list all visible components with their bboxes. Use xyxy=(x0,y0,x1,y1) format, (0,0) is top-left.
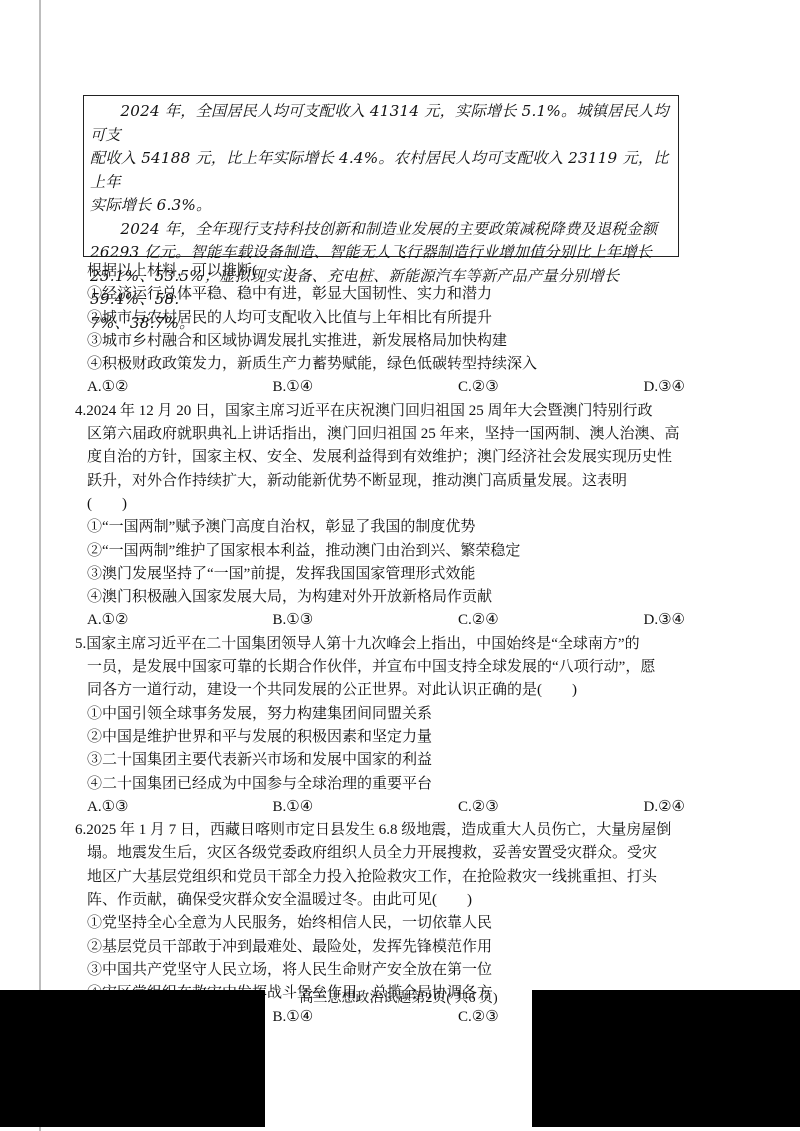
binding-margin-line xyxy=(39,0,41,1131)
question-stem: 4.2024 年 12 月 20 日，国家主席习近平在庆祝澳门回归祖国 25 周… xyxy=(75,400,685,423)
material-box: 2024 年，全国居民人均可支配收入 41314 元，实际增长 5.1%。城镇居… xyxy=(83,95,679,257)
statement-1: ①中国引领全球事务发展，努力构建集团间同盟关系 xyxy=(75,703,685,726)
option-b[interactable]: B.①④ xyxy=(273,376,459,399)
option-d[interactable]: D.③④ xyxy=(644,609,685,632)
statement-1: ①党坚持全心全意为人民服务，始终相信人民，一切依靠人民 xyxy=(75,912,685,935)
statement-2: ②中国是维护世界和平与发展的积极因素和坚定力量 xyxy=(75,726,685,749)
question-stem: 塌。地震发生后，灾区各级党委政府组织人员全力开展搜救，妥善安置受灾群众。受灾 xyxy=(75,842,685,865)
question-stem: ( ) xyxy=(75,493,685,516)
question-stem: 地区广大基层党组织和党员干部全力投入抢险救灾工作，在抢险救灾一线挑重担、打头 xyxy=(75,866,685,889)
question-stem: 6.2025 年 1 月 7 日，西藏日喀则市定日县发生 6.8 级地震，造成重… xyxy=(75,819,685,842)
question-3: 根据以上材料，可以推断( ) ①经济运行总体平稳、稳中有进，彰显大国韧性、实力和… xyxy=(75,260,685,400)
statement-3: ③澳门发展坚持了“一国”前提，发挥我国国家管理形式效能 xyxy=(75,563,685,586)
answer-options: A.①② B.①④ C.②③ D.③④ xyxy=(75,376,685,399)
question-5: 5.国家主席习近平在二十国集团领导人第十九次峰会上指出，中国始终是“全球南方”的… xyxy=(75,633,685,819)
statement-3: ③中国共产党坚守人民立场，将人民生命财产安全放在第一位 xyxy=(75,959,685,982)
statement-3: ③二十国集团主要代表新兴市场和发展中国家的利益 xyxy=(75,749,685,772)
option-c[interactable]: C.②③ xyxy=(458,796,644,819)
redaction-block-left xyxy=(0,990,265,1127)
option-b[interactable]: B.①④ xyxy=(273,796,459,819)
statement-1: ①“一国两制”赋予澳门高度自治权，彰显了我国的制度优势 xyxy=(75,516,685,539)
option-d[interactable]: D.②④ xyxy=(644,796,685,819)
option-a[interactable]: A.①② xyxy=(87,376,273,399)
answer-options: A.①③ B.①④ C.②③ D.②④ xyxy=(75,796,685,819)
statement-1: ①经济运行总体平稳、稳中有进，彰显大国韧性、实力和潜力 xyxy=(75,283,685,306)
answer-options: A.①② B.①③ C.②④ D.③④ xyxy=(75,609,685,632)
material-line: 配收入 54188 元，比上年实际增长 4.4%。农村居民人均可支配收入 231… xyxy=(90,147,672,194)
option-c[interactable]: C.②③ xyxy=(458,376,644,399)
question-stem: 同各方一道行动，建设一个共同发展的公正世界。对此认识正确的是( ) xyxy=(75,679,685,702)
question-4: 4.2024 年 12 月 20 日，国家主席习近平在庆祝澳门回归祖国 25 周… xyxy=(75,400,685,633)
statement-2: ②城市与农村居民的人均可支配收入比值与上年相比有所提升 xyxy=(75,307,685,330)
option-b[interactable]: B.①③ xyxy=(273,609,459,632)
statement-2: ②“一国两制”维护了国家根本利益，推动澳门由治到兴、繁荣稳定 xyxy=(75,540,685,563)
exam-page: 2024 年，全国居民人均可支配收入 41314 元，实际增长 5.1%。城镇居… xyxy=(0,0,800,1131)
option-a[interactable]: A.①③ xyxy=(87,796,273,819)
questions-area: 根据以上材料，可以推断( ) ①经济运行总体平稳、稳中有进，彰显大国韧性、实力和… xyxy=(75,260,685,1029)
statement-4: ④澳门积极融入国家发展大局，为构建对外开放新格局作贡献 xyxy=(75,586,685,609)
option-b[interactable]: B.①④ xyxy=(273,1006,459,1029)
question-stem: 阵、作贡献，确保受灾群众安全温暖过冬。由此可见( ) xyxy=(75,889,685,912)
option-c[interactable]: C.②④ xyxy=(458,609,644,632)
question-stem: 一员，是发展中国家可靠的长期合作伙伴，并宣布中国支持全球发展的“八项行动”，愿 xyxy=(75,656,685,679)
option-d[interactable]: D.③④ xyxy=(644,376,685,399)
question-stem: 5.国家主席习近平在二十国集团领导人第十九次峰会上指出，中国始终是“全球南方”的 xyxy=(75,633,685,656)
redaction-block-right xyxy=(532,990,800,1127)
material-line: 2024 年，全年现行支持科技创新和制造业发展的主要政策减税降费及退税金额 xyxy=(90,218,672,242)
option-a[interactable]: A.①② xyxy=(87,609,273,632)
statement-4: ④二十国集团已经成为中国参与全球治理的重要平台 xyxy=(75,773,685,796)
statement-4: ④积极财政政策发力，新质生产力蓄势赋能，绿色低碳转型持续深入 xyxy=(75,353,685,376)
statement-2: ②基层党员干部敢于冲到最难处、最险处，发挥先锋模范作用 xyxy=(75,936,685,959)
material-line: 实际增长 6.3%。 xyxy=(90,194,672,218)
question-stem: 跃升，对外合作持续扩大，新动能新优势不断显现，推动澳门高质量发展。这表明 xyxy=(75,470,685,493)
material-line: 2024 年，全国居民人均可支配收入 41314 元，实际增长 5.1%。城镇居… xyxy=(90,100,672,147)
statement-3: ③城市乡村融合和区域协调发展扎实推进，新发展格局加快构建 xyxy=(75,330,685,353)
question-stem: 度自治的方针，国家主权、安全、发展利益得到有效维护；澳门经济社会发展实现历史性 xyxy=(75,446,685,469)
page-footer: 高三思想政治试题第2页( 共6 页) xyxy=(265,987,532,1007)
question-stem: 根据以上材料，可以推断( ) xyxy=(75,260,685,283)
question-stem: 区第六届政府就职典礼上讲话指出，澳门回归祖国 25 年来，坚持一国两制、澳人治澳… xyxy=(75,423,685,446)
